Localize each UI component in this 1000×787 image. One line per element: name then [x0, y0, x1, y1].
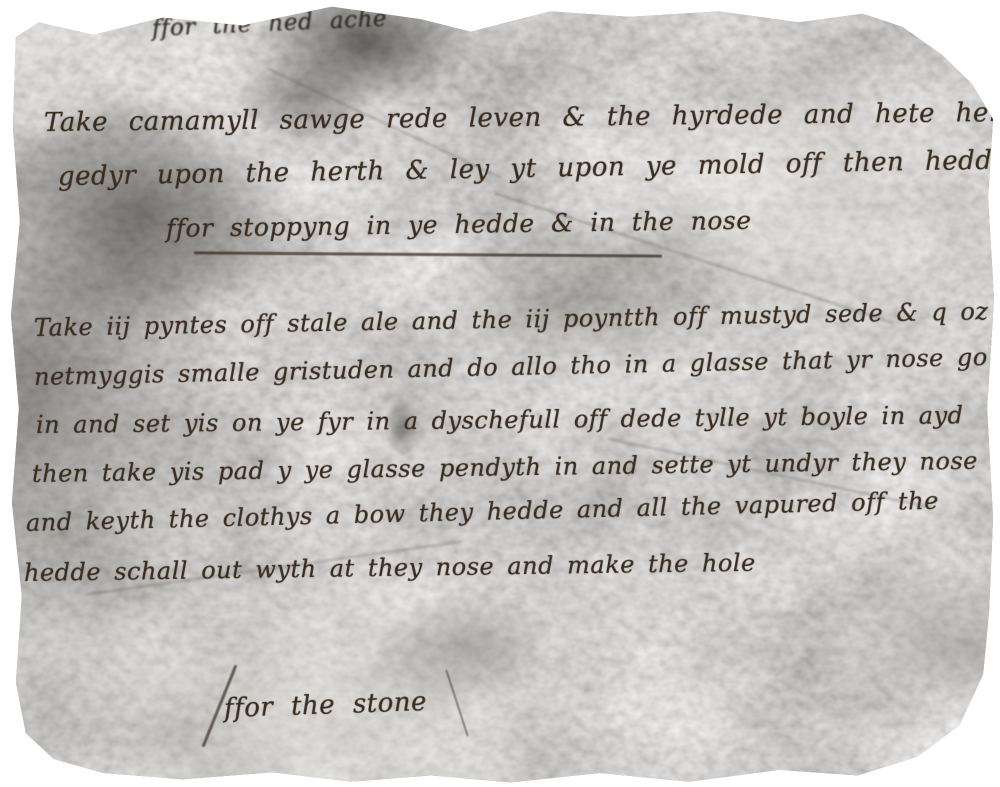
parchment-slab: ffor the hed ache Take camamyll sawge re… [4, 2, 997, 784]
manuscript-photo: ffor the hed ache Take camamyll sawge re… [0, 0, 1000, 787]
